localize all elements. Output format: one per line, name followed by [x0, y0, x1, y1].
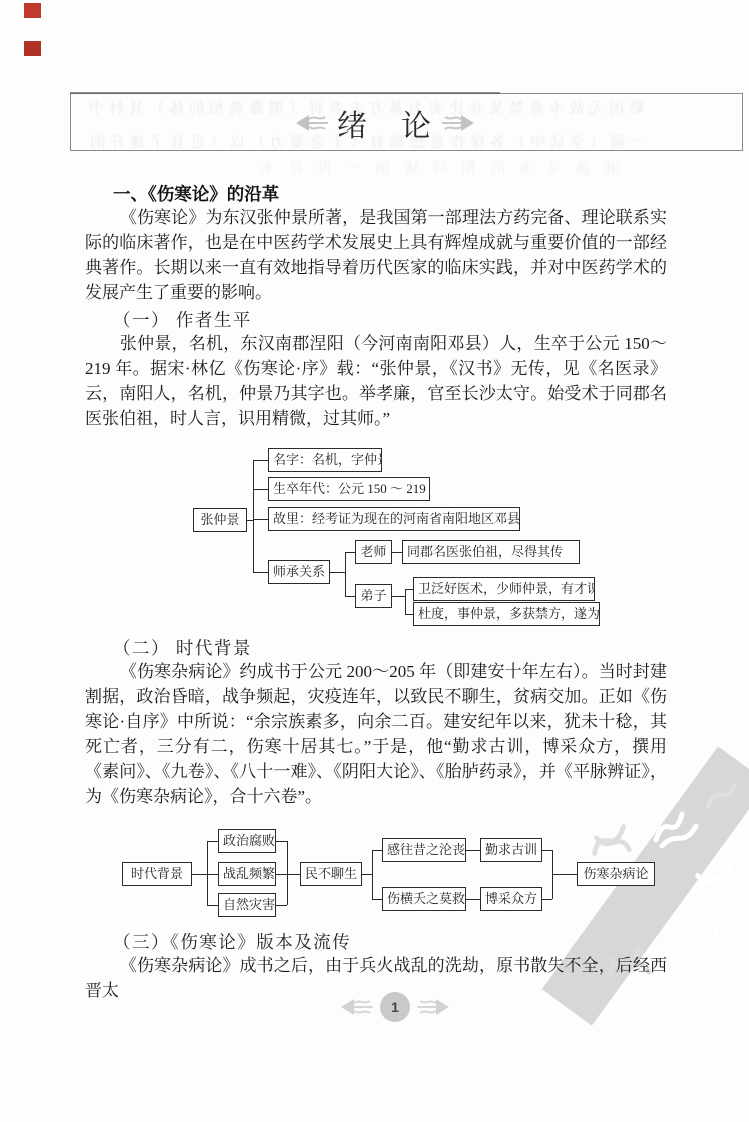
diagram2-result: 伤寒杂病论 — [577, 862, 655, 886]
connector — [207, 874, 218, 875]
diagram2-root: 时代背景 — [122, 862, 192, 886]
diagram1-name: 名字：名机，字仲景 — [268, 448, 382, 472]
connector — [552, 874, 577, 875]
paragraph-2: 张仲景，名机，东汉南郡涅阳（今河南南阳邓县）人，生卒于公元 150～219 年。… — [85, 331, 667, 431]
diagram2-cause-3: 自然灾害 — [218, 893, 276, 917]
header-box-top-rule — [70, 92, 500, 94]
watermark-seal-glyph-icon — [700, 770, 744, 820]
connector — [253, 460, 254, 572]
diagram1-years: 生卒年代：公元 150 ～ 219 年 — [268, 477, 430, 501]
diagram1-hometown: 故里：经考证为现在的河南省南阳地区邓县 — [268, 507, 520, 531]
diagram2-feeling-2: 伤横夭之莫救 — [382, 887, 466, 911]
connector — [253, 460, 268, 461]
connector — [372, 850, 373, 899]
paragraph-3: 《伤寒杂病论》约成书于公元 200～205 年（即建安十年左右）。当时封建割据，… — [85, 659, 667, 809]
diagram1-disciple: 弟子 — [355, 584, 392, 608]
diagram1-disciple-1: 卫泛好医术，少师仲景，有才识 — [413, 577, 595, 601]
section-heading-1: 一、《伤寒论》的沿革 — [113, 181, 279, 206]
connector — [192, 874, 207, 875]
chapter-title-row: 绪 论 — [285, 101, 485, 145]
connector — [287, 841, 288, 905]
connector — [276, 874, 287, 875]
connector — [392, 552, 402, 553]
connector — [405, 614, 413, 615]
paragraph-4: 《伤寒杂病论》成书之后，由于兵火战乱的洗劫，原书散失不全，后经西晋太 — [85, 953, 667, 1003]
section-heading-3: （二） 时代背景 — [113, 635, 252, 660]
diagram2-cause-1: 政治腐败 — [218, 829, 276, 853]
diagram1-teacher: 老师 — [355, 540, 392, 564]
connector — [345, 596, 355, 597]
diagram1-teacher-detail: 同郡名医张伯祖，尽得其传 — [402, 540, 580, 564]
diagram1-lineage: 师承关系 — [268, 560, 330, 584]
diagram1-root: 张仲景 — [193, 508, 247, 532]
connector — [276, 841, 287, 842]
page-title: 绪 论 — [337, 101, 433, 145]
diagram2-cause-2: 战乱频繁 — [218, 862, 276, 886]
connector — [253, 519, 268, 520]
connector — [345, 552, 355, 553]
connector — [330, 572, 345, 573]
connector — [405, 589, 406, 614]
connector — [372, 899, 382, 900]
header-right-ornament-icon — [441, 113, 475, 133]
connector — [276, 905, 287, 906]
connector — [466, 899, 480, 900]
scanned-document-page: PDG 略因无故本意禁某并比实为基方去参将（谓靠典相的体）其材中保留有 一画（学… — [0, 0, 749, 1122]
connector — [392, 596, 405, 597]
diagram1-disciple-2: 杜度，事仲景，多获禁方，遂为名医 — [413, 602, 600, 626]
watermark-pdg-label: PDG — [683, 903, 742, 955]
connector — [207, 841, 218, 842]
bleedthrough-text: 淋 漓 义 本 的 相 同 诸 例 一 再 并 本 — [120, 157, 620, 178]
connector — [253, 489, 268, 490]
header-left-ornament-icon — [295, 113, 329, 133]
section-heading-4: （三）《伤寒论》版本及流传 — [113, 929, 351, 954]
paragraph-1: 《伤寒论》为东汉张仲景所著，是我国第一部理法方药完备、理论联系实际的临床著作，也… — [85, 205, 667, 305]
connector — [287, 874, 300, 875]
connector — [345, 552, 346, 596]
diagram2-action-2: 博采众方 — [480, 887, 542, 911]
red-stamp-mark-top — [24, 3, 41, 18]
red-stamp-mark-bottom — [24, 41, 41, 56]
connector — [207, 841, 208, 905]
connector — [362, 874, 372, 875]
connector — [542, 850, 552, 851]
watermark-seal-glyph-icon — [585, 810, 637, 870]
connector — [542, 899, 552, 900]
diagram2-feeling-1: 感往昔之沦丧 — [382, 838, 466, 862]
connector — [253, 572, 268, 573]
diagram2-middle: 民不聊生 — [300, 862, 362, 886]
connector — [405, 589, 413, 590]
watermark-seal-glyph-icon — [690, 855, 740, 905]
connector — [466, 850, 480, 851]
connector — [372, 850, 382, 851]
diagram2-action-1: 勤求古训 — [480, 838, 542, 862]
connector — [207, 905, 218, 906]
section-heading-2: （一） 作者生平 — [113, 307, 252, 332]
